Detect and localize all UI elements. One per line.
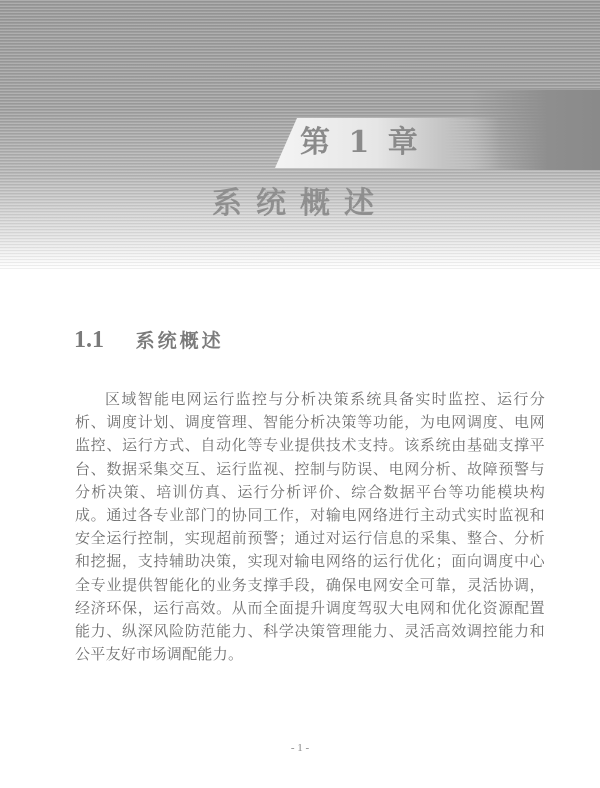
chapter-title: 系统概述 [0,178,600,222]
section-title: 系统概述 [136,330,224,352]
section-heading: 1.1 系统概述 [74,326,224,354]
section-number: 1.1 [74,327,104,353]
body-paragraph: 区域智能电网运行监控与分析决策系统具备实时监控、运行分析、调度计划、调度管理、智… [75,388,545,666]
chapter-label: 第 1 章 [300,118,422,168]
page-number: - 1 - [0,742,600,754]
